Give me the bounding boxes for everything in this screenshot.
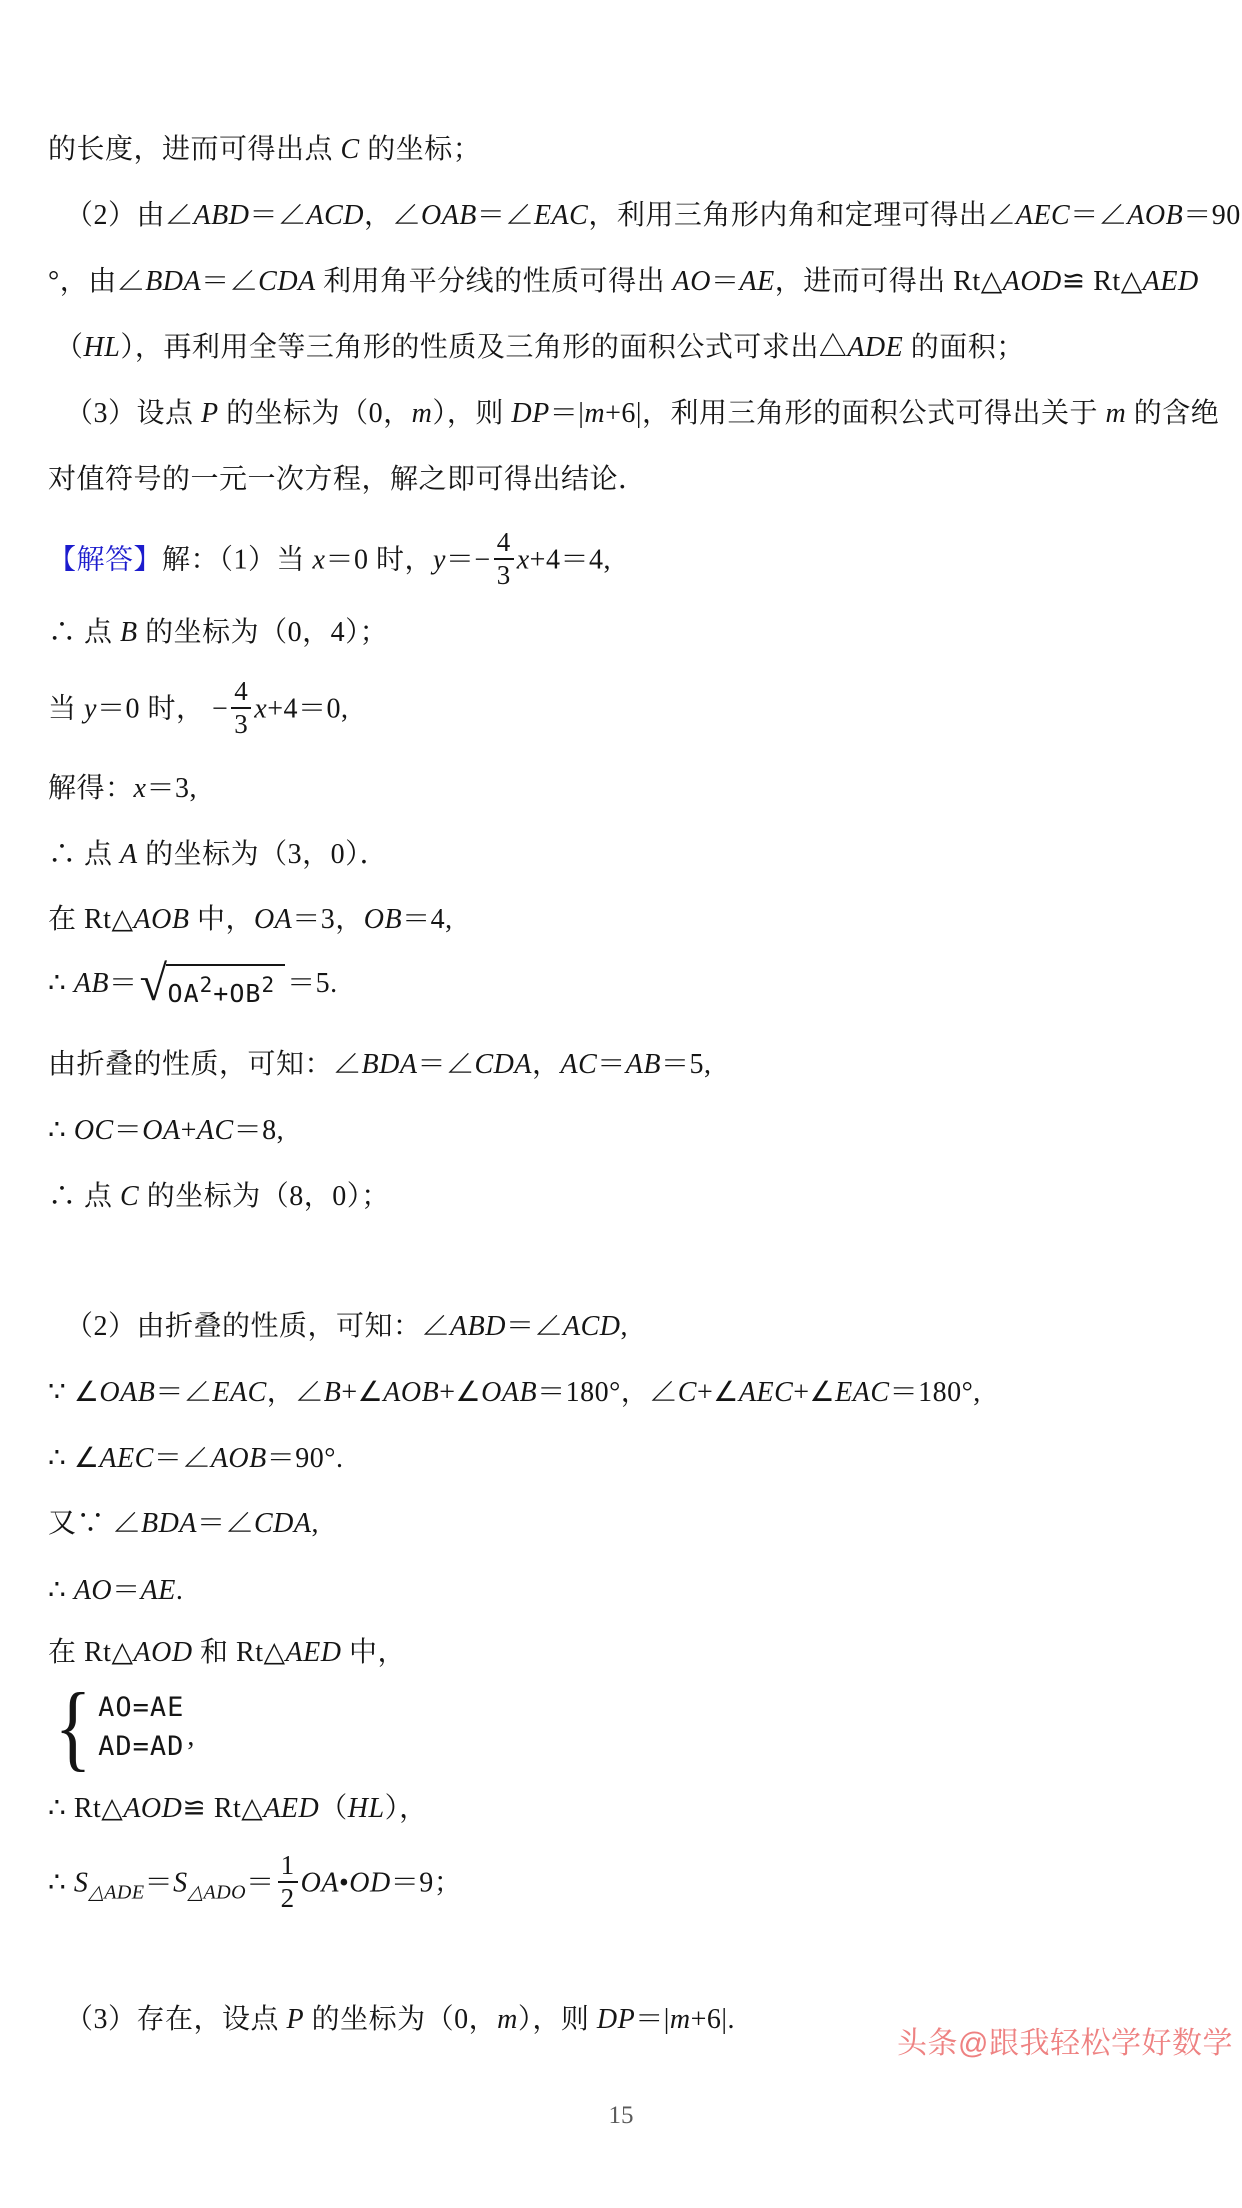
text-run: ＝∠ <box>417 1049 474 1080</box>
text-run: +OB <box>213 979 261 1008</box>
text-run: EAC <box>835 1377 889 1408</box>
text-run: ＝ <box>246 1867 275 1898</box>
text-run: AB <box>74 968 109 999</box>
text-run: （3）存在，设点 <box>65 2004 287 2035</box>
text-run: °，由∠ <box>48 266 145 297</box>
text-run: AED <box>263 1793 319 1824</box>
square-root: √OA2+OB2 <box>140 964 286 1011</box>
fraction-numerator: 4 <box>231 677 251 709</box>
fraction: 43 <box>494 528 514 590</box>
fraction-numerator: 1 <box>278 1851 298 1883</box>
text-run: （2）由∠ <box>65 200 194 231</box>
text-run: ∵ ∠ <box>48 1377 99 1408</box>
text-run: （3）设点 <box>65 398 201 429</box>
text-run: 解：（1）当 <box>162 544 313 575</box>
text-run: AED <box>1143 266 1199 297</box>
text-run: ＝8, <box>234 1115 285 1146</box>
text-run: ∴ 点 <box>48 839 120 870</box>
text-run: 的坐标为（8，0）； <box>139 1181 390 1212</box>
text-run: 又∵ ∠ <box>48 1508 141 1539</box>
text-run: （ <box>319 1793 348 1824</box>
text-run: ，∠ <box>267 1377 324 1408</box>
text-run: +∠ <box>793 1377 835 1408</box>
text-run: AO <box>673 266 711 297</box>
text-run: EAC <box>212 1377 266 1408</box>
text-run: ，∠ <box>364 200 421 231</box>
text-run: ≌ Rt△ <box>182 1793 263 1824</box>
text-run: ＝∠ <box>506 1311 563 1342</box>
equation-system: { AO=AE AD=AD , <box>50 1682 194 1772</box>
text-run: A <box>120 839 138 870</box>
text-run: AC <box>560 1049 597 1080</box>
fraction-denominator: 3 <box>234 709 248 739</box>
text-run: OB <box>364 904 402 935</box>
doc-line-16: ∴ 点 C 的坐标为（8，0）； <box>48 1178 390 1216</box>
text-run: C <box>341 134 360 165</box>
text-run: m <box>584 398 605 429</box>
page-number: 15 <box>0 2102 1242 2130</box>
text-run: HL <box>84 332 121 363</box>
text-run: ACD <box>563 1311 621 1342</box>
text-run: 当 <box>48 693 84 724</box>
text-run: ∴ <box>48 1115 74 1146</box>
text-run: ＝∠ <box>155 1377 212 1408</box>
text-run: x <box>517 544 530 575</box>
radical-icon: √ <box>140 963 168 1003</box>
text-run: m <box>497 2004 518 2035</box>
doc-line-13: ∴ AB＝√OA2+OB2＝5. <box>48 964 338 1011</box>
fraction: 43 <box>231 677 251 739</box>
text-run: AEC <box>1016 200 1070 231</box>
text-run: ，利用三角形内角和定理可得出∠ <box>588 200 1016 231</box>
text-run: , <box>620 1311 628 1342</box>
text-run: ＝ <box>711 266 740 297</box>
fraction-numerator: 4 <box>494 528 514 560</box>
text-run: ＝180°, <box>890 1377 981 1408</box>
text-run: BDA <box>141 1508 197 1539</box>
text-run: OC <box>74 1115 114 1146</box>
text-run: BDA <box>145 266 201 297</box>
text-run: x <box>254 693 267 724</box>
text-run: • <box>339 1867 349 1898</box>
text-run: ＝∠ <box>197 1508 254 1539</box>
doc-line-12: 在 Rt△AOB 中，OA＝3，OB＝4, <box>48 901 453 939</box>
text-run: DP <box>597 2004 635 2035</box>
system-equation-1: AO=AE <box>98 1688 184 1727</box>
text-run: AOD <box>123 1793 182 1824</box>
doc-line-7-answer: 【解答】解：（1）当 x＝0 时，y＝−43x+4＝4, <box>48 531 611 593</box>
text-run: 解得： <box>48 773 134 804</box>
text-run: 中， <box>189 904 254 935</box>
text-run: ＝∠ <box>201 266 258 297</box>
text-run: ＝| <box>635 2004 670 2035</box>
doc-line-18: ∵ ∠OAB＝∠EAC，∠B+∠AOB+∠OAB＝180°，∠C+∠AEC+∠E… <box>48 1374 981 1412</box>
text-run: ＝180°，∠ <box>537 1377 678 1408</box>
text-run: C <box>120 1181 139 1212</box>
text-run: AEC <box>739 1377 793 1408</box>
text-run: ADE <box>847 332 903 363</box>
text-run: OA <box>254 904 292 935</box>
text-run: ＝∠ <box>1070 200 1127 231</box>
text-run: ＝3, <box>146 773 197 804</box>
watermark: 头条@跟我轻松学好数学 <box>897 2018 1233 2062</box>
text-run: 和 Rt△ <box>193 1637 286 1668</box>
doc-line-11: ∴ 点 A 的坐标为（3，0）． <box>48 836 388 874</box>
text-run: CDA <box>254 1508 312 1539</box>
text-run: OD <box>349 1867 390 1898</box>
text-run: ＝4, <box>402 904 453 935</box>
text-run: AOD <box>134 1637 193 1668</box>
text-run: C <box>678 1377 697 1408</box>
text-run: AC <box>197 1115 234 1146</box>
text-run: ACD <box>306 200 364 231</box>
text-run: OA <box>168 979 200 1008</box>
text-run: △ADE <box>88 1881 144 1903</box>
text-run: 的含绝 <box>1126 398 1219 429</box>
text-run: ，进而可得出 Rt△ <box>775 266 1003 297</box>
text-run: y <box>84 693 97 724</box>
text-run: x <box>313 544 326 575</box>
text-run: 的坐标为（3，0）． <box>138 839 389 870</box>
doc-line-4: （HL），再利用全等三角形的性质及三角形的面积公式可求出△ADE 的面积； <box>55 329 1025 367</box>
doc-line-10: 解得：x＝3, <box>48 770 197 808</box>
text-run: ABD <box>194 200 250 231</box>
text-run: BDA <box>362 1049 418 1080</box>
text-run: , <box>311 1508 319 1539</box>
text-run: ＝ <box>109 968 138 999</box>
text-run: AOD <box>1003 266 1062 297</box>
text-run: m <box>412 398 433 429</box>
text-run: ∴ <box>48 1867 74 1898</box>
doc-line-9: 当 y＝0 时， −43x+4＝0, <box>48 680 348 742</box>
text-run: AE <box>141 1575 176 1606</box>
text-run: P <box>201 398 219 429</box>
text-run: 的坐标； <box>360 134 482 165</box>
text-run: 的坐标为（0， <box>219 398 412 429</box>
text-run: ），则 <box>518 2004 597 2035</box>
text-run: 的长度，进而可得出点 <box>48 134 341 165</box>
text-run: + <box>181 1115 197 1146</box>
text-run: 的面积； <box>903 332 1025 363</box>
doc-line-20: 又∵ ∠BDA＝∠CDA, <box>48 1505 319 1543</box>
text-run: ）， <box>385 1793 428 1824</box>
text-run: S <box>173 1867 188 1898</box>
text-run: ），再利用全等三角形的性质及三角形的面积公式可求出△ <box>120 332 847 363</box>
text-run: P <box>287 2004 305 2035</box>
text-run: B <box>324 1377 342 1408</box>
text-run: +6|，利用三角形的面积公式可得出关于 <box>605 398 1105 429</box>
text-run: AE <box>740 266 775 297</box>
text-run: AB <box>626 1049 661 1080</box>
text-run: OA <box>142 1115 180 1146</box>
left-brace-icon: { <box>55 1682 92 1772</box>
text-run: AED <box>286 1637 342 1668</box>
text-run: 的坐标为（0，4）； <box>138 617 389 648</box>
doc-line-2: （2）由∠ABD＝∠ACD，∠OAB＝∠EAC，利用三角形内角和定理可得出∠AE… <box>65 197 1241 235</box>
text-run: ），则 <box>432 398 511 429</box>
system-equation-2: AD=AD <box>98 1727 184 1766</box>
text-run: ， <box>532 1049 561 1080</box>
text-run: ＝5. <box>287 968 338 999</box>
doc-line-21: ∴ AO＝AE. <box>48 1572 183 1610</box>
doc-line-6: 对值符号的一元一次方程，解之即可得出结论． <box>48 461 647 499</box>
text-run: AOB <box>1127 200 1183 231</box>
text-run: ＝9； <box>391 1867 463 1898</box>
text-run: AEC <box>99 1443 153 1474</box>
fraction-denominator: 2 <box>281 1883 295 1913</box>
text-run: ＝90 <box>1183 200 1241 231</box>
text-run: CDA <box>258 266 316 297</box>
text-run: AO <box>74 1575 112 1606</box>
text-run: +∠ <box>439 1377 481 1408</box>
text-run: △ADO <box>188 1881 246 1903</box>
text-run: 对值符号的一元一次方程，解之即可得出结论． <box>48 464 647 495</box>
text-run: m <box>670 2004 691 2035</box>
text-run: +4＝0, <box>267 693 348 724</box>
text-run: ∴ <box>48 1575 74 1606</box>
text-run: ＝ <box>112 1575 141 1606</box>
fraction-denominator: 3 <box>497 560 511 590</box>
text-run: ＝∠ <box>249 200 306 231</box>
text-run: +∠ <box>341 1377 383 1408</box>
text-run: ∴ Rt△ <box>48 1793 123 1824</box>
text-run: 在 Rt△ <box>48 904 134 935</box>
system-comma: , <box>187 1721 194 1753</box>
text-run: ＝| <box>550 398 585 429</box>
doc-line-14: 由折叠的性质，可知：∠BDA＝∠CDA，AC＝AB＝5, <box>48 1046 712 1084</box>
text-run: B <box>120 617 138 648</box>
text-run: ＝90°. <box>267 1443 344 1474</box>
text-run: +4＝4, <box>530 544 611 575</box>
text-run: ∴ 点 <box>48 617 120 648</box>
text-run: （2）由折叠的性质，可知：∠ <box>65 1311 450 1342</box>
text-run: 在 Rt△ <box>48 1637 134 1668</box>
doc-line-15: ∴ OC＝OA+AC＝8, <box>48 1112 284 1150</box>
text-run: ABD <box>450 1311 506 1342</box>
doc-line-17: （2）由折叠的性质，可知：∠ABD＝∠ACD, <box>65 1308 628 1346</box>
text-run: 【解答】 <box>48 544 162 575</box>
text-run: EAC <box>534 200 588 231</box>
doc-line-3: °，由∠BDA＝∠CDA 利用角平分线的性质可得出 AO＝AE，进而可得出 Rt… <box>48 263 1199 301</box>
text-run: AOB <box>134 904 190 935</box>
text-run: ＝∠ <box>477 200 534 231</box>
text-run: S <box>74 1867 89 1898</box>
text-run: OAB <box>99 1377 155 1408</box>
text-run: 利用角平分线的性质可得出 <box>316 266 673 297</box>
text-run: OA <box>301 1867 339 1898</box>
system-equations: AO=AE AD=AD <box>98 1688 184 1766</box>
doc-line-1: 的长度，进而可得出点 C 的坐标； <box>48 131 481 169</box>
text-run: y <box>433 544 446 575</box>
document-page: 的长度，进而可得出点 C 的坐标； （2）由∠ABD＝∠ACD，∠OAB＝∠EA… <box>0 0 1242 2208</box>
text-run: ∴ ∠ <box>48 1443 99 1474</box>
text-run: ∴ 点 <box>48 1181 120 1212</box>
text-run: 的坐标为（0， <box>304 2004 497 2035</box>
text-run: 2 <box>200 973 214 997</box>
doc-line-8: ∴ 点 B 的坐标为（0，4）； <box>48 614 388 652</box>
doc-line-23: ∴ Rt△AOD≌ Rt△AED（HL）， <box>48 1790 428 1828</box>
text-run: ＝5, <box>661 1049 712 1080</box>
doc-line-25: （3）存在，设点 P 的坐标为（0，m），则 DP＝|m+6|. <box>65 2001 735 2039</box>
text-run: （ <box>55 332 84 363</box>
text-run: AOB <box>383 1377 439 1408</box>
text-run: 由折叠的性质，可知：∠ <box>48 1049 362 1080</box>
text-run: ＝ <box>597 1049 626 1080</box>
text-run: . <box>176 1575 184 1606</box>
text-run: ＝− <box>446 544 491 575</box>
text-run: x <box>134 773 147 804</box>
text-run: ∴ <box>48 968 74 999</box>
text-run: ＝∠ <box>154 1443 211 1474</box>
text-run: ＝0 时， <box>325 544 433 575</box>
text-run: +∠ <box>697 1377 739 1408</box>
text-run: ＝ <box>114 1115 143 1146</box>
text-run: OAB <box>421 200 477 231</box>
text-run: ＝0 时， − <box>97 693 228 724</box>
text-run: CDA <box>474 1049 532 1080</box>
text-run: 中， <box>341 1637 406 1668</box>
text-run: ≌ Rt△ <box>1062 266 1143 297</box>
text-run: OAB <box>481 1377 537 1408</box>
text-run: +6|. <box>691 2004 735 2035</box>
text-run: 2 <box>261 973 275 997</box>
doc-line-19: ∴ ∠AEC＝∠AOB＝90°. <box>48 1440 343 1478</box>
text-run: ＝3， <box>292 904 364 935</box>
text-run: m <box>1105 398 1126 429</box>
doc-line-22: 在 Rt△AOD 和 Rt△AED 中， <box>48 1634 406 1672</box>
text-run: ＝ <box>145 1867 174 1898</box>
text-run: DP <box>511 398 549 429</box>
text-run: HL <box>348 1793 385 1824</box>
doc-line-24: ∴ S△ADE＝S△ADO＝12OA•OD＝9； <box>48 1854 462 1916</box>
fraction: 12 <box>278 1851 298 1913</box>
doc-line-5: （3）设点 P 的坐标为（0，m），则 DP＝|m+6|，利用三角形的面积公式可… <box>65 395 1219 433</box>
text-run: AOB <box>211 1443 267 1474</box>
radicand: OA2+OB2 <box>166 964 286 1011</box>
